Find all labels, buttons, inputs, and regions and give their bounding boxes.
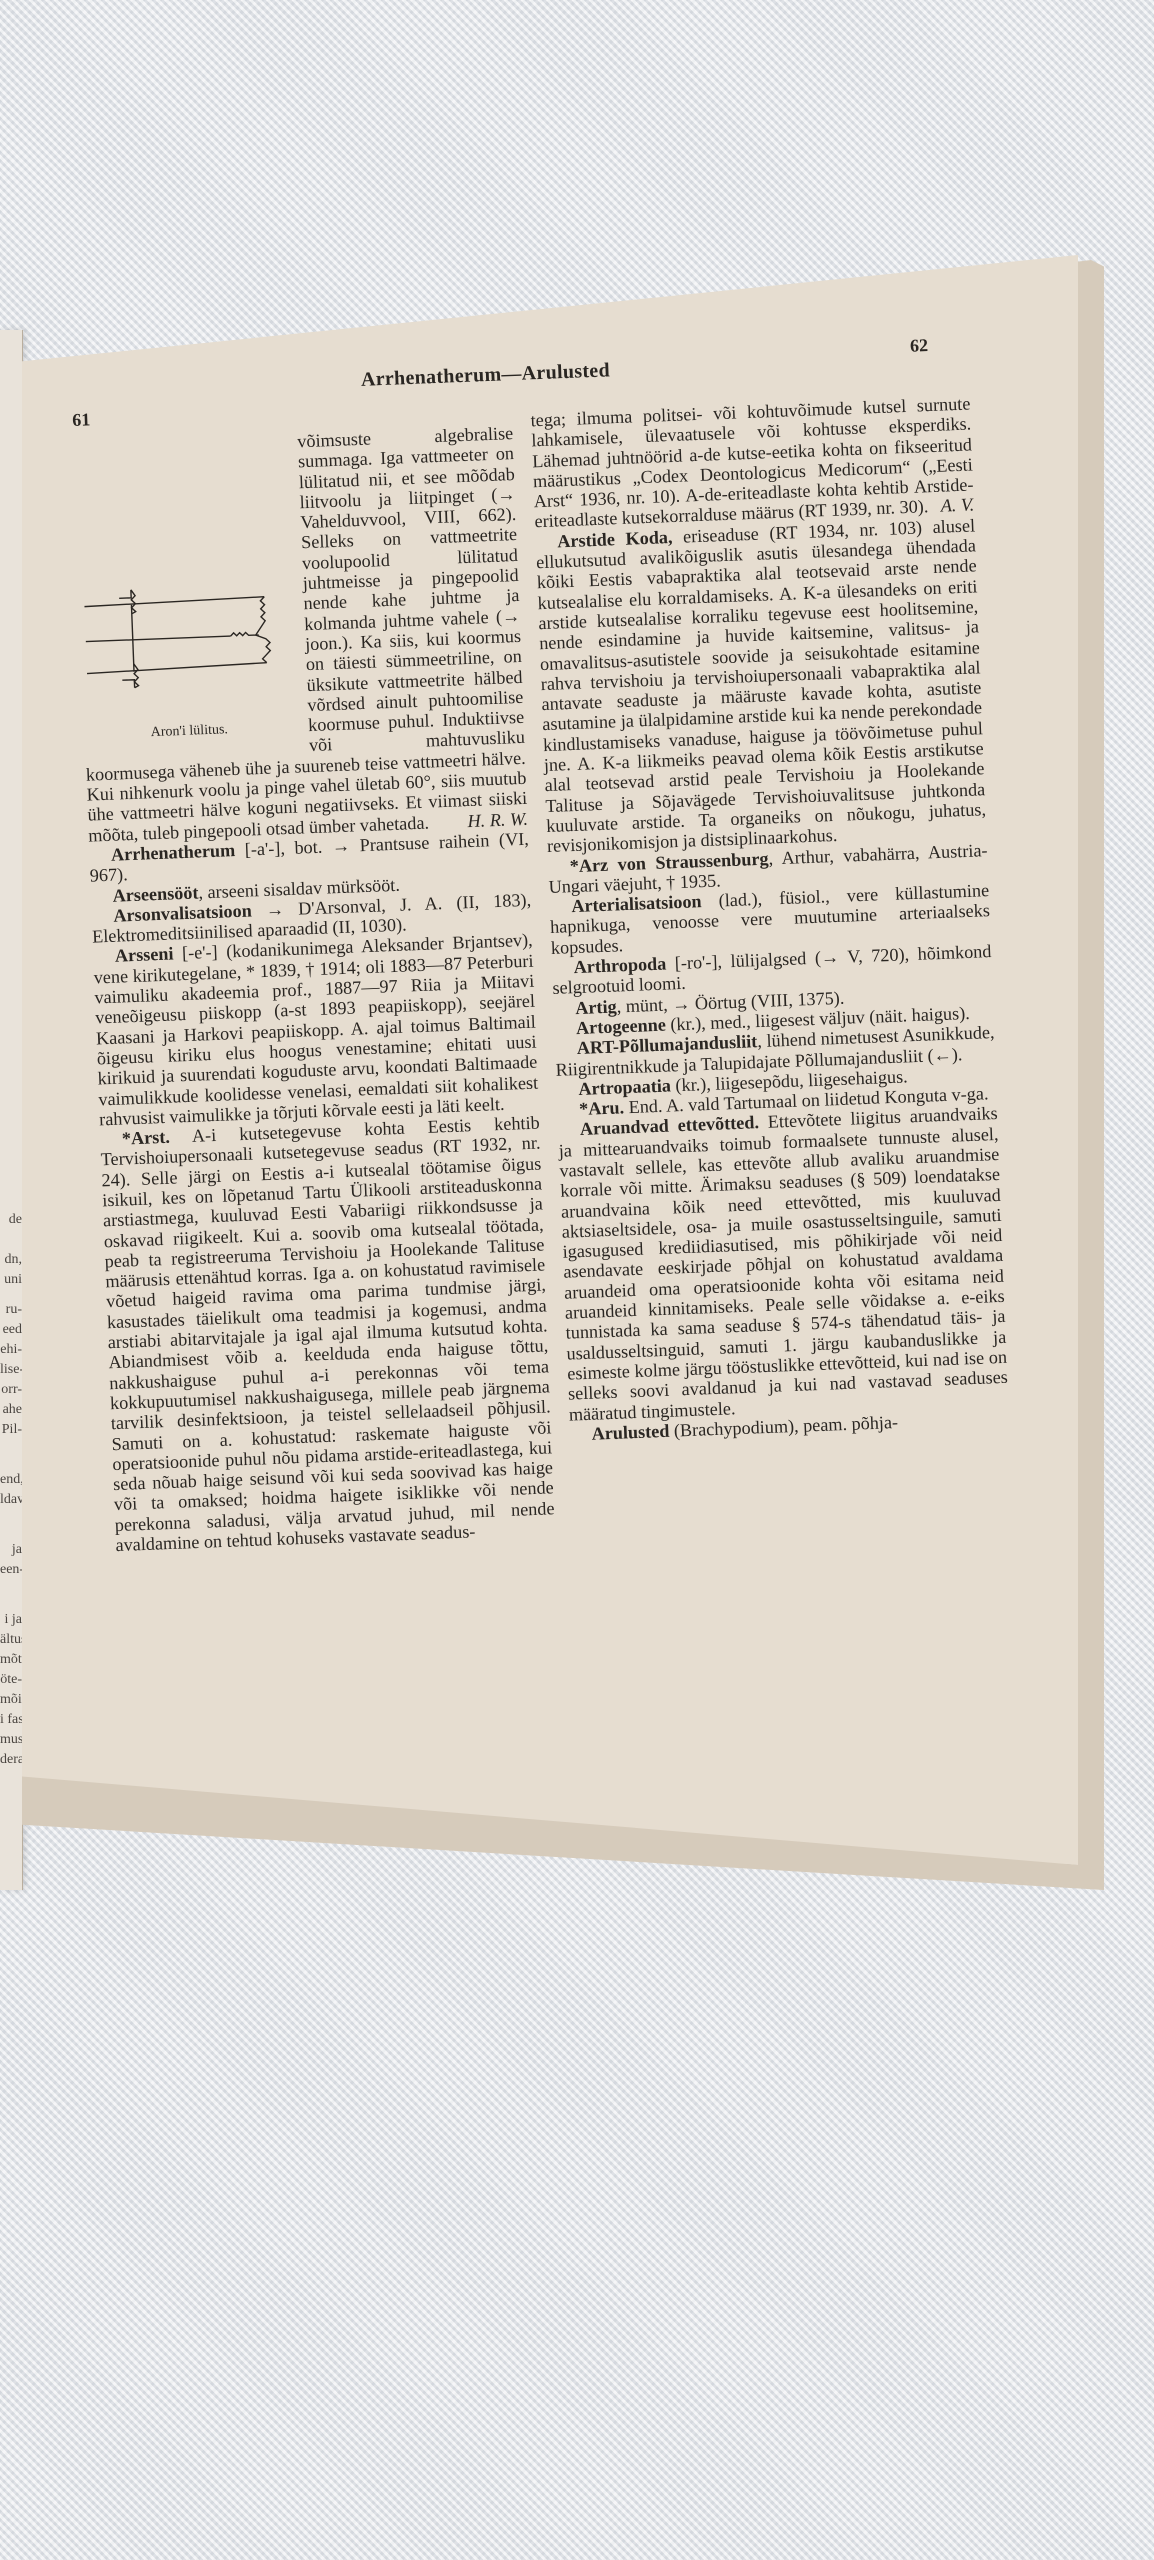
edge-text: ru- — [0, 1300, 22, 1319]
edge-text: i fas- — [0, 1710, 22, 1729]
figure-caption: Aron'i lülitus. — [84, 718, 295, 746]
edge-text: de — [0, 1210, 22, 1229]
edge-text: lise- — [0, 1360, 22, 1379]
paragraph-text: tega; ilmuma politsei- või kohtuvõimude … — [530, 393, 974, 531]
dictionary-entry: Arstide Koda, eriseaduse (RT 1934, nr. 1… — [535, 515, 987, 856]
left-column: Aron'i lülitus. võimsuste algebralise su… — [73, 423, 556, 1555]
page-number-right: 62 — [910, 335, 929, 357]
paragraph: Aron'i lülitus. võimsuste algebralise su… — [73, 423, 528, 846]
right-column: tega; ilmuma politsei- või kohtuvõimude … — [530, 393, 1009, 1444]
entry-headword: Arulusted — [591, 1421, 670, 1444]
entry-headword: *Arst. — [122, 1127, 171, 1149]
page-number-left: 61 — [72, 409, 91, 431]
edge-text: een- — [0, 1560, 22, 1579]
edge-text: ehi- — [0, 1340, 22, 1359]
edge-text: orr- — [0, 1380, 22, 1399]
edge-text: mõt- — [0, 1650, 22, 1669]
entry-headword: Artig — [575, 996, 617, 1018]
circuit-diagram-icon — [79, 574, 294, 722]
figure-aron-circuit: Aron'i lülitus. — [79, 574, 295, 752]
dictionary-entry: Arsseni [-e'-] (kodanikunimega Aleksande… — [93, 930, 540, 1129]
edge-text: ldav — [0, 1490, 22, 1509]
author-signature: A. V. — [940, 495, 974, 517]
entry-text: A-i kutsetegevuse kohta Eestis kehtib Te… — [100, 1113, 554, 1556]
entry-headword: Arrhenatherum — [111, 840, 236, 865]
edge-text: uni — [0, 1270, 22, 1289]
dictionary-entry: *Arst. A-i kutsetegevuse kohta Eestis ke… — [100, 1113, 556, 1556]
edge-text: ja — [0, 1540, 22, 1559]
edge-text: eed — [0, 1320, 22, 1339]
edge-text: mõi- — [0, 1690, 22, 1709]
entry-headword: *Aru. — [579, 1097, 625, 1119]
edge-text: ahe — [0, 1400, 22, 1419]
dictionary-entry: Aruandvad ettevõtted. Ettevõtete liigitu… — [558, 1103, 1009, 1424]
edge-text: Pil- — [0, 1420, 22, 1439]
paragraph: tega; ilmuma politsei- või kohtuvõimude … — [530, 393, 974, 532]
previous-page-edge: de dn, uni ru- eed ehi- lise- orr- ahe P… — [0, 330, 23, 1890]
edge-text: dn, — [0, 1250, 22, 1269]
edge-text: derad — [0, 1750, 22, 1769]
edge-text: ältus — [0, 1630, 22, 1649]
entry-text: Ettevõtete liigitus aruandvaiks ja mitte… — [558, 1103, 1008, 1424]
edge-text: end, — [0, 1470, 22, 1489]
entry-headword: Arsseni — [115, 944, 174, 966]
edge-text: i ja — [0, 1610, 22, 1629]
edge-text: öte- — [0, 1670, 22, 1689]
edge-text: mus — [0, 1730, 22, 1749]
author-signature: H. R. W. — [467, 808, 528, 831]
entry-text: eriseaduse (RT 1934, nr. 103) alusel ell… — [536, 515, 987, 856]
